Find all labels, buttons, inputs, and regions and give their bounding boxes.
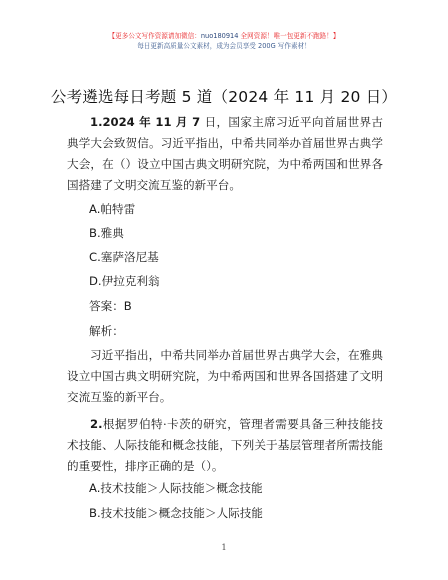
- question-1-answer: 答案：B: [89, 298, 132, 314]
- question-1-analysis-text: 习近平指出，中希共同举办首届世界古典学大会，在雅典设立中国古典文明研究院，为中希…: [67, 345, 383, 408]
- question-2-option-b: B.技术技能＞概念技能＞人际技能: [89, 505, 263, 521]
- question-1-number: 1.2024 年 11 月 7: [90, 115, 205, 129]
- question-2-stem: 2.根据罗伯特·卡茨的研究，管理者需要具备三种技能技术技能、人际技能和概念技能，…: [67, 414, 383, 477]
- question-2-number: 2.: [90, 417, 102, 431]
- promo-suffix: 全网资源！唯一包更新不跑路！】: [238, 32, 339, 40]
- question-1-option-c: C.塞萨洛尼基: [89, 249, 159, 265]
- promo-banner-line2: 每日更新高质量公文素材，成为会员享受 200G 写作素材！: [0, 40, 448, 50]
- question-2-option-a: A.技术技能＞人际技能＞概念技能: [89, 480, 263, 496]
- promo-wechat-id: nuo180914: [201, 32, 239, 40]
- question-1-option-b: B.雅典: [89, 225, 124, 241]
- question-2-text: 根据罗伯特·卡茨的研究，管理者需要具备三种技能技术技能、人际技能和概念技能，下列…: [67, 417, 383, 473]
- question-1-option-a: A.帕特雷: [89, 201, 135, 217]
- page-number: 1: [0, 543, 448, 552]
- promo-prefix: 【更多公文写作资源请加微信：: [109, 32, 201, 40]
- question-1-analysis-label: 解析：: [89, 323, 124, 339]
- document-page: 【更多公文写作资源请加微信：nuo180914 全网资源！唯一包更新不跑路！】 …: [0, 0, 448, 580]
- question-1-option-d: D.伊拉克利翁: [89, 273, 160, 289]
- question-1-stem: 1.2024 年 11 月 7 日，国家主席习近平向首届世界古典学大会致贺信。习…: [67, 112, 383, 196]
- promo-banner-line1: 【更多公文写作资源请加微信：nuo180914 全网资源！唯一包更新不跑路！】: [0, 30, 448, 40]
- document-title: 公考遴选每日考题 5 道（2024 年 11 月 20 日）: [0, 85, 448, 107]
